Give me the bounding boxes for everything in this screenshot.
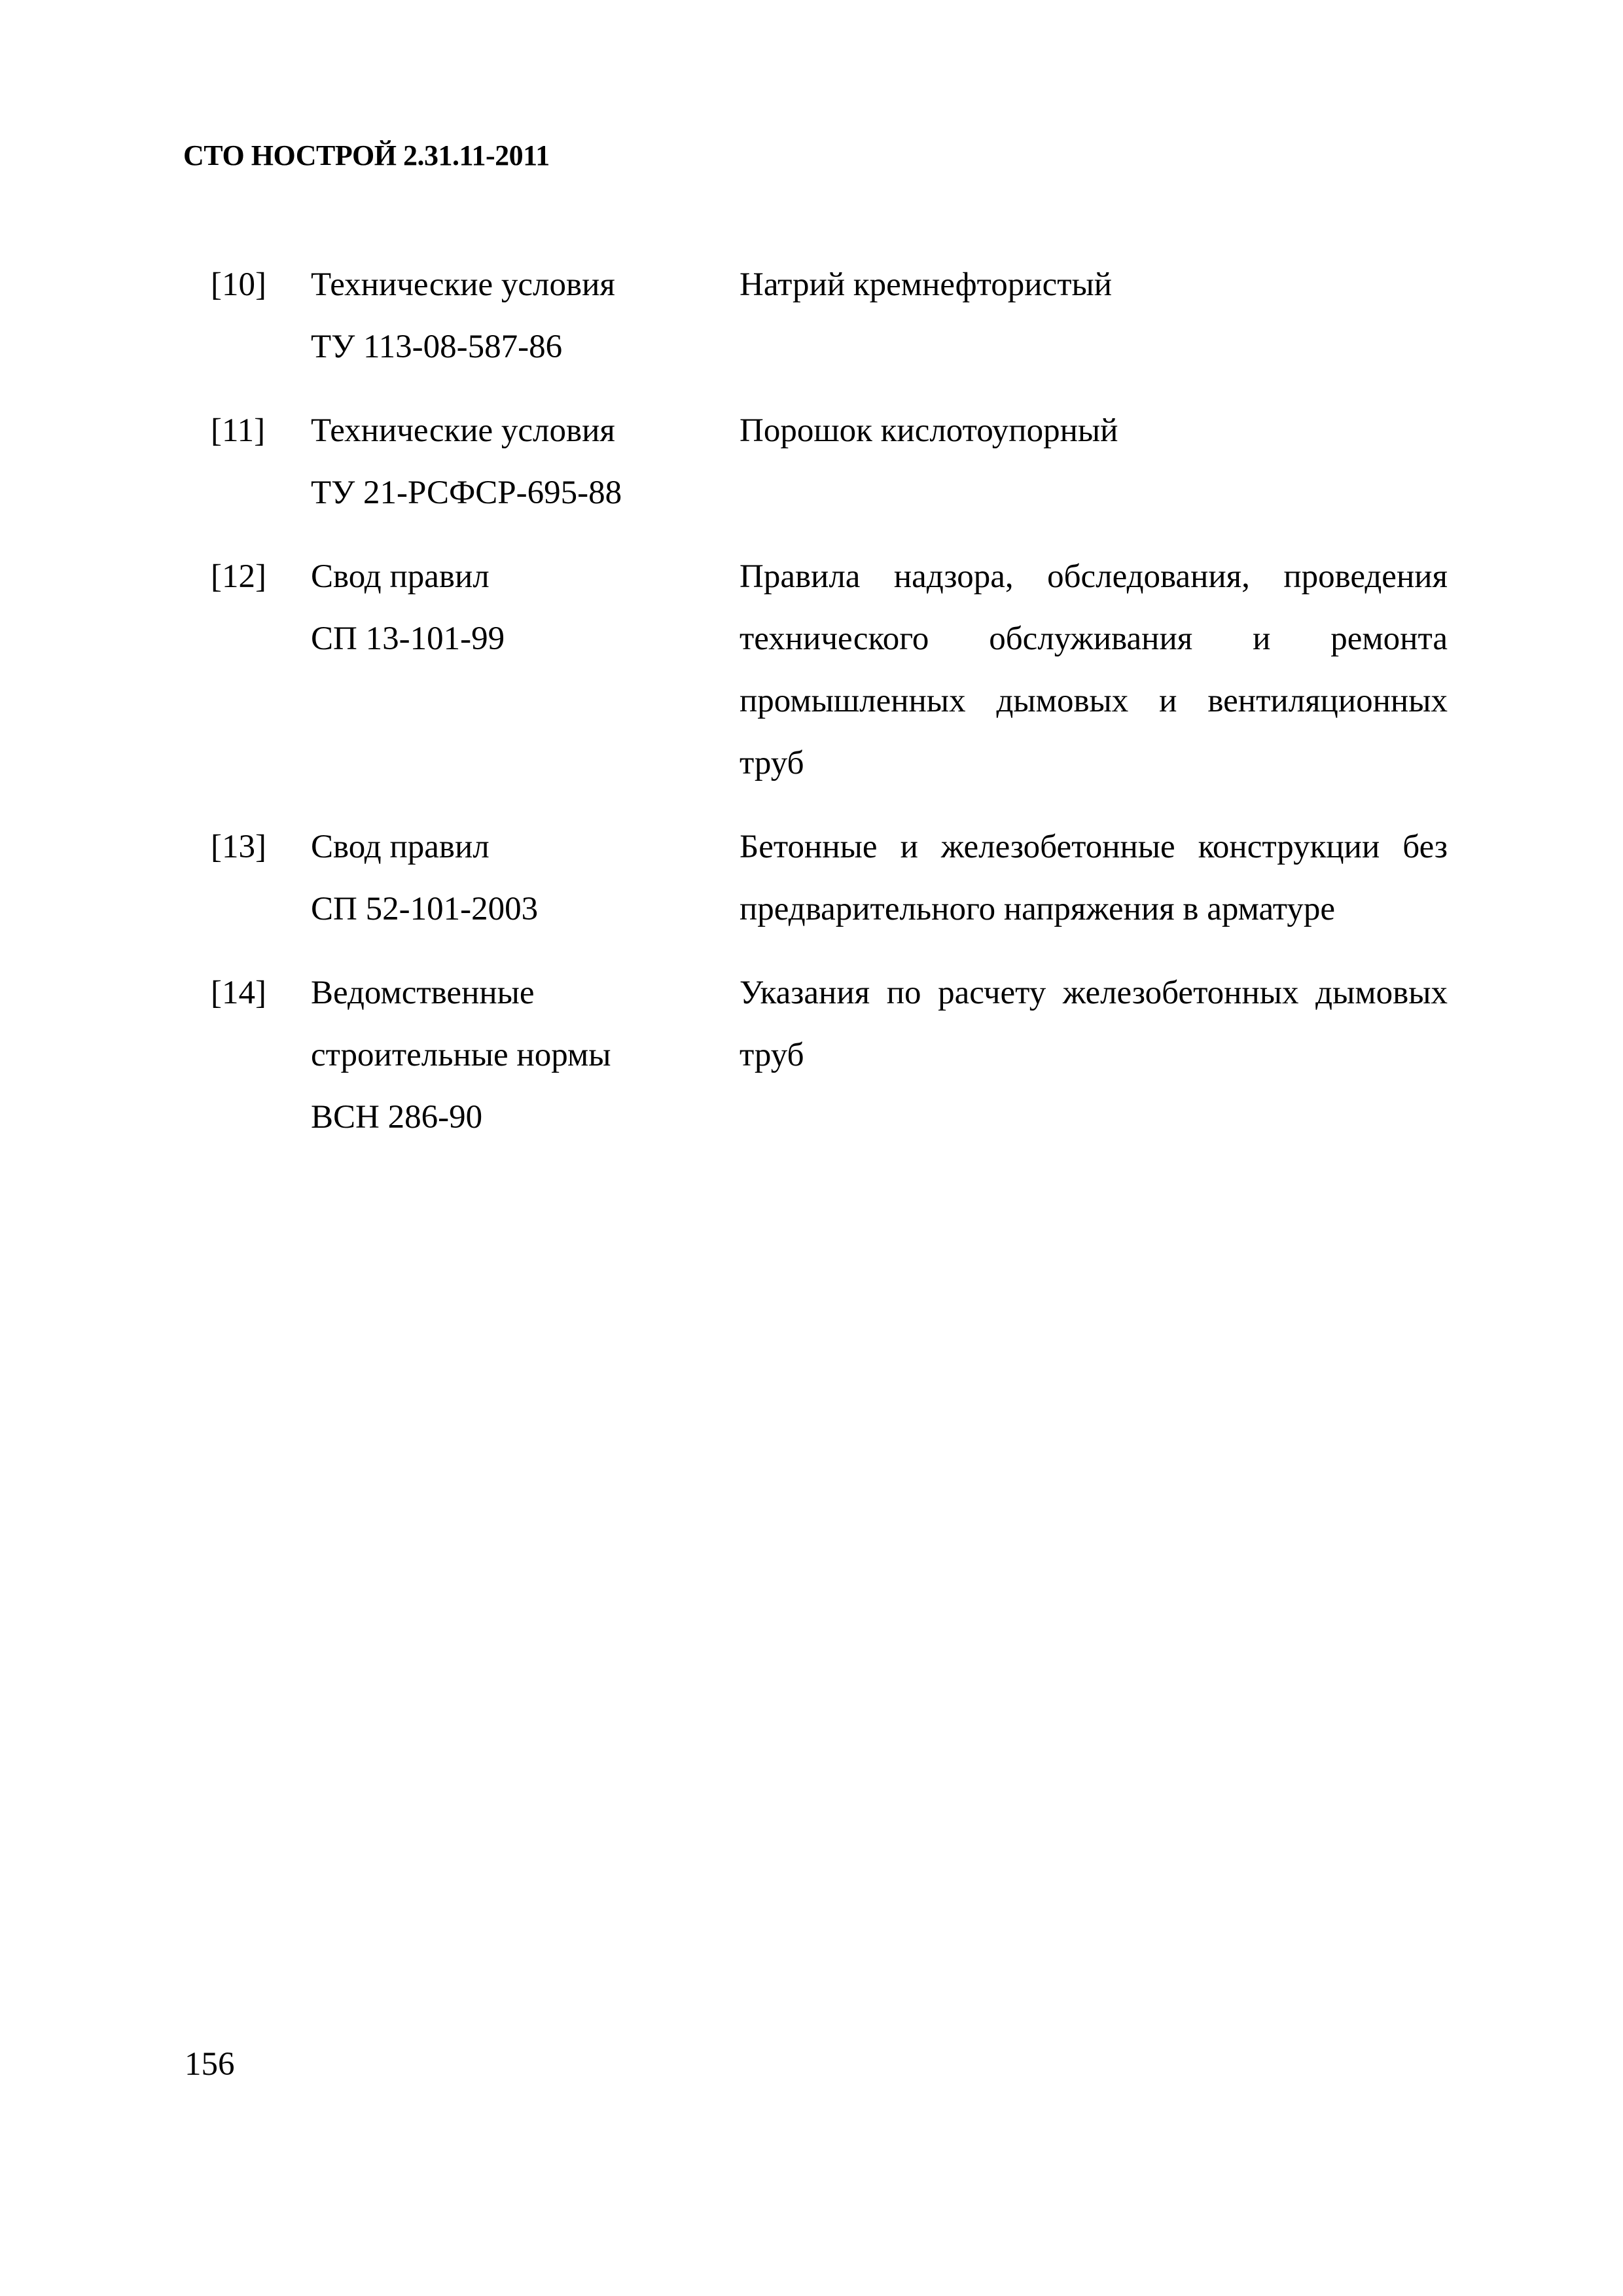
reference-document-line: ТУ 113-08-587-86 xyxy=(311,316,740,378)
reference-title-line: технического обслуживания и ремонта xyxy=(740,608,1448,670)
reference-item: [11] Технические условия ТУ 21-РСФСР-695… xyxy=(211,400,1448,524)
reference-title: Бетонные и железобетонные конструкции бе… xyxy=(740,816,1448,941)
page-number: 156 xyxy=(185,2045,235,2083)
reference-document-line: Технические условия xyxy=(311,400,740,462)
reference-title-line: труб xyxy=(740,732,1448,795)
reference-document: Свод правил СП 52-101-2003 xyxy=(311,816,740,941)
reference-document-line: Ведомственные xyxy=(311,962,740,1024)
reference-title-line: Порошок кислотоупорный xyxy=(740,400,1448,462)
reference-title-line: труб xyxy=(740,1024,1448,1086)
reference-title: Указания по расчету железобетонных дымов… xyxy=(740,962,1448,1149)
reference-document-line: ВСН 286-90 xyxy=(311,1086,740,1149)
reference-document: Свод правил СП 13-101-99 xyxy=(311,546,740,795)
reference-number: [10] xyxy=(211,254,311,378)
reference-title: Правила надзора, обследования, проведени… xyxy=(740,546,1448,795)
reference-document: Ведомственные строительные нормы ВСН 286… xyxy=(311,962,740,1149)
reference-title-line: Указания по расчету железобетонных дымов… xyxy=(740,962,1448,1024)
reference-document-line: Технические условия xyxy=(311,254,740,316)
reference-title-line: предварительного напряжения в арматуре xyxy=(740,878,1448,941)
reference-title-line: промышленных дымовых и вентиляционных xyxy=(740,670,1448,732)
reference-document-line: строительные нормы xyxy=(311,1024,740,1086)
reference-number: [14] xyxy=(211,962,311,1149)
reference-item: [14] Ведомственные строительные нормы ВС… xyxy=(211,962,1448,1149)
reference-title: Натрий кремнефтористый xyxy=(740,254,1448,378)
reference-title-line: Натрий кремнефтористый xyxy=(740,254,1448,316)
reference-item: [12] Свод правил СП 13-101-99 Правила на… xyxy=(211,546,1448,795)
reference-document-line: Свод правил xyxy=(311,816,740,878)
reference-document: Технические условия ТУ 113-08-587-86 xyxy=(311,254,740,378)
reference-document-line: ТУ 21-РСФСР-695-88 xyxy=(311,462,740,524)
reference-title-line: Бетонные и железобетонные конструкции бе… xyxy=(740,816,1448,878)
reference-document-line: СП 52-101-2003 xyxy=(311,878,740,941)
reference-number: [11] xyxy=(211,400,311,524)
reference-document-line: Свод правил xyxy=(311,546,740,608)
reference-item: [10] Технические условия ТУ 113-08-587-8… xyxy=(211,254,1448,378)
reference-document-line: СП 13-101-99 xyxy=(311,608,740,670)
reference-document: Технические условия ТУ 21-РСФСР-695-88 xyxy=(311,400,740,524)
reference-number: [12] xyxy=(211,546,311,795)
reference-number: [13] xyxy=(211,816,311,941)
reference-title-line: Правила надзора, обследования, проведени… xyxy=(740,546,1448,608)
document-header: СТО НОСТРОЙ 2.31.11-2011 xyxy=(183,139,550,172)
reference-list: [10] Технические условия ТУ 113-08-587-8… xyxy=(211,254,1448,1170)
reference-title: Порошок кислотоупорный xyxy=(740,400,1448,524)
reference-item: [13] Свод правил СП 52-101-2003 Бетонные… xyxy=(211,816,1448,941)
